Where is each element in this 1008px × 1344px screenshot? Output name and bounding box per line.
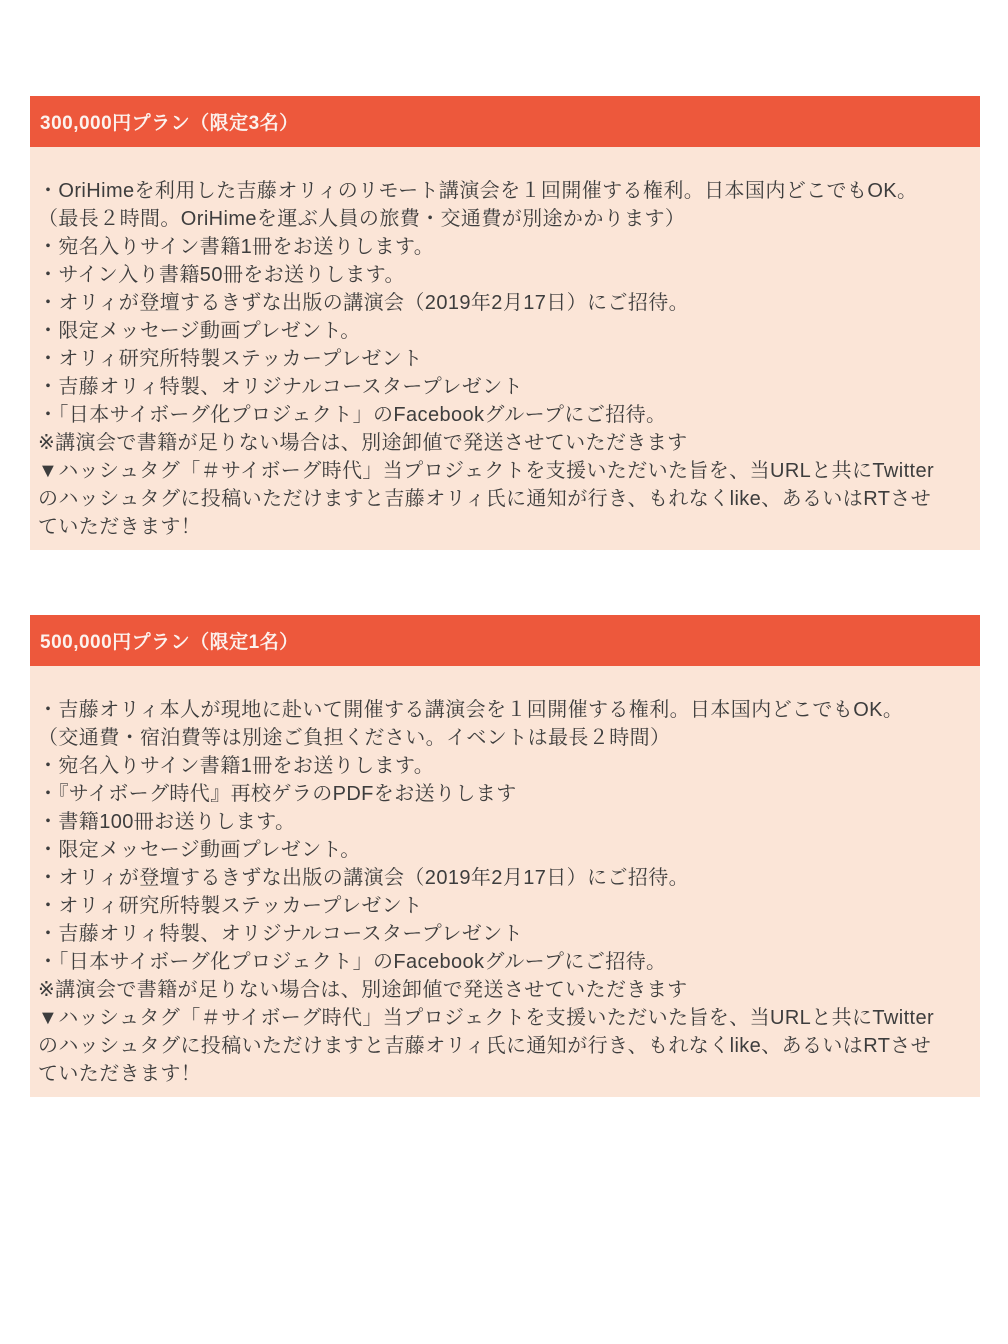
plan-benefit-line: ・吉藤オリィ特製、オリジナルコースタープレゼント xyxy=(38,920,972,948)
plan-benefits-500000: ・吉藤オリィ本人が現地に赴いて開催する講演会を１回開催する権利。日本国内どこでも… xyxy=(30,666,980,1097)
plan-benefit-line: ていただきます！ xyxy=(38,513,972,541)
plan-benefit-line: ・限定メッセージ動画プレゼント。 xyxy=(38,317,972,345)
plan-benefit-line: ・オリィが登壇するきずな出版の講演会（2019年2月17日）にご招待。 xyxy=(38,289,972,317)
plan-benefit-line: （交通費・宿泊費等は別途ご負担ください。イベントは最長２時間） xyxy=(38,724,972,752)
plan-title-300000: 300,000円プラン（限定3名） xyxy=(40,108,299,135)
plan-header-300000: 300,000円プラン（限定3名） xyxy=(30,96,980,147)
plan-benefit-line: ・宛名入りサイン書籍1冊をお送りします。 xyxy=(38,233,972,261)
plan-benefit-line: ・「日本サイボーグ化プロジェクト」のFacebookグループにご招待。 xyxy=(38,401,972,429)
plan-benefit-line: ・「日本サイボーグ化プロジェクト」のFacebookグループにご招待。 xyxy=(38,948,972,976)
plan-benefit-line: ▼ハッシュタグ「＃サイボーグ時代」当プロジェクトを支援いただいた旨を、当URLと… xyxy=(38,1004,972,1032)
plan-benefits-300000: ・OriHimeを利用した吉藤オリィのリモート講演会を１回開催する権利。日本国内… xyxy=(30,147,980,550)
plan-benefit-line: ※講演会で書籍が足りない場合は、別途卸値で発送させていただきます xyxy=(38,976,972,1004)
plan-benefit-line: ・サイン入り書籍50冊をお送りします。 xyxy=(38,261,972,289)
plan-benefit-line: のハッシュタグに投稿いただけますと吉藤オリィ氏に通知が行き、もれなくlike、あ… xyxy=(38,485,972,513)
plan-benefit-line: ・オリィ研究所特製ステッカープレゼント xyxy=(38,892,972,920)
plan-benefit-line: ・吉藤オリィ本人が現地に赴いて開催する講演会を１回開催する権利。日本国内どこでも… xyxy=(38,696,972,724)
plan-benefit-line: ▼ハッシュタグ「＃サイボーグ時代」当プロジェクトを支援いただいた旨を、当URLと… xyxy=(38,457,972,485)
plan-benefit-line: ・『サイボーグ時代』再校ゲラのPDFをお送りします xyxy=(38,780,972,808)
plan-benefit-line: ・吉藤オリィ特製、オリジナルコースタープレゼント xyxy=(38,373,972,401)
plan-benefit-line: ・オリィが登壇するきずな出版の講演会（2019年2月17日）にご招待。 xyxy=(38,864,972,892)
plan-benefit-line: のハッシュタグに投稿いただけますと吉藤オリィ氏に通知が行き、もれなくlike、あ… xyxy=(38,1032,972,1060)
plan-card-500000: 500,000円プラン（限定1名） ・吉藤オリィ本人が現地に赴いて開催する講演会… xyxy=(30,615,980,1097)
page: 300,000円プラン（限定3名） ・OriHimeを利用した吉藤オリィのリモー… xyxy=(0,0,1008,1344)
plan-benefit-line: ・書籍100冊お送りします。 xyxy=(38,808,972,836)
plan-benefit-line: ・オリィ研究所特製ステッカープレゼント xyxy=(38,345,972,373)
plan-benefit-line: ・限定メッセージ動画プレゼント。 xyxy=(38,836,972,864)
plan-benefit-line: ・宛名入りサイン書籍1冊をお送りします。 xyxy=(38,752,972,780)
plan-header-500000: 500,000円プラン（限定1名） xyxy=(30,615,980,666)
plan-card-300000: 300,000円プラン（限定3名） ・OriHimeを利用した吉藤オリィのリモー… xyxy=(30,96,980,550)
plan-title-500000: 500,000円プラン（限定1名） xyxy=(40,627,299,654)
plan-benefit-line: ※講演会で書籍が足りない場合は、別途卸値で発送させていただきます xyxy=(38,429,972,457)
plan-benefit-line: （最長２時間。OriHimeを運ぶ人員の旅費・交通費が別途かかります） xyxy=(38,205,972,233)
plan-benefit-line: ・OriHimeを利用した吉藤オリィのリモート講演会を１回開催する権利。日本国内… xyxy=(38,177,972,205)
plan-benefit-line: ていただきます！ xyxy=(38,1060,972,1088)
